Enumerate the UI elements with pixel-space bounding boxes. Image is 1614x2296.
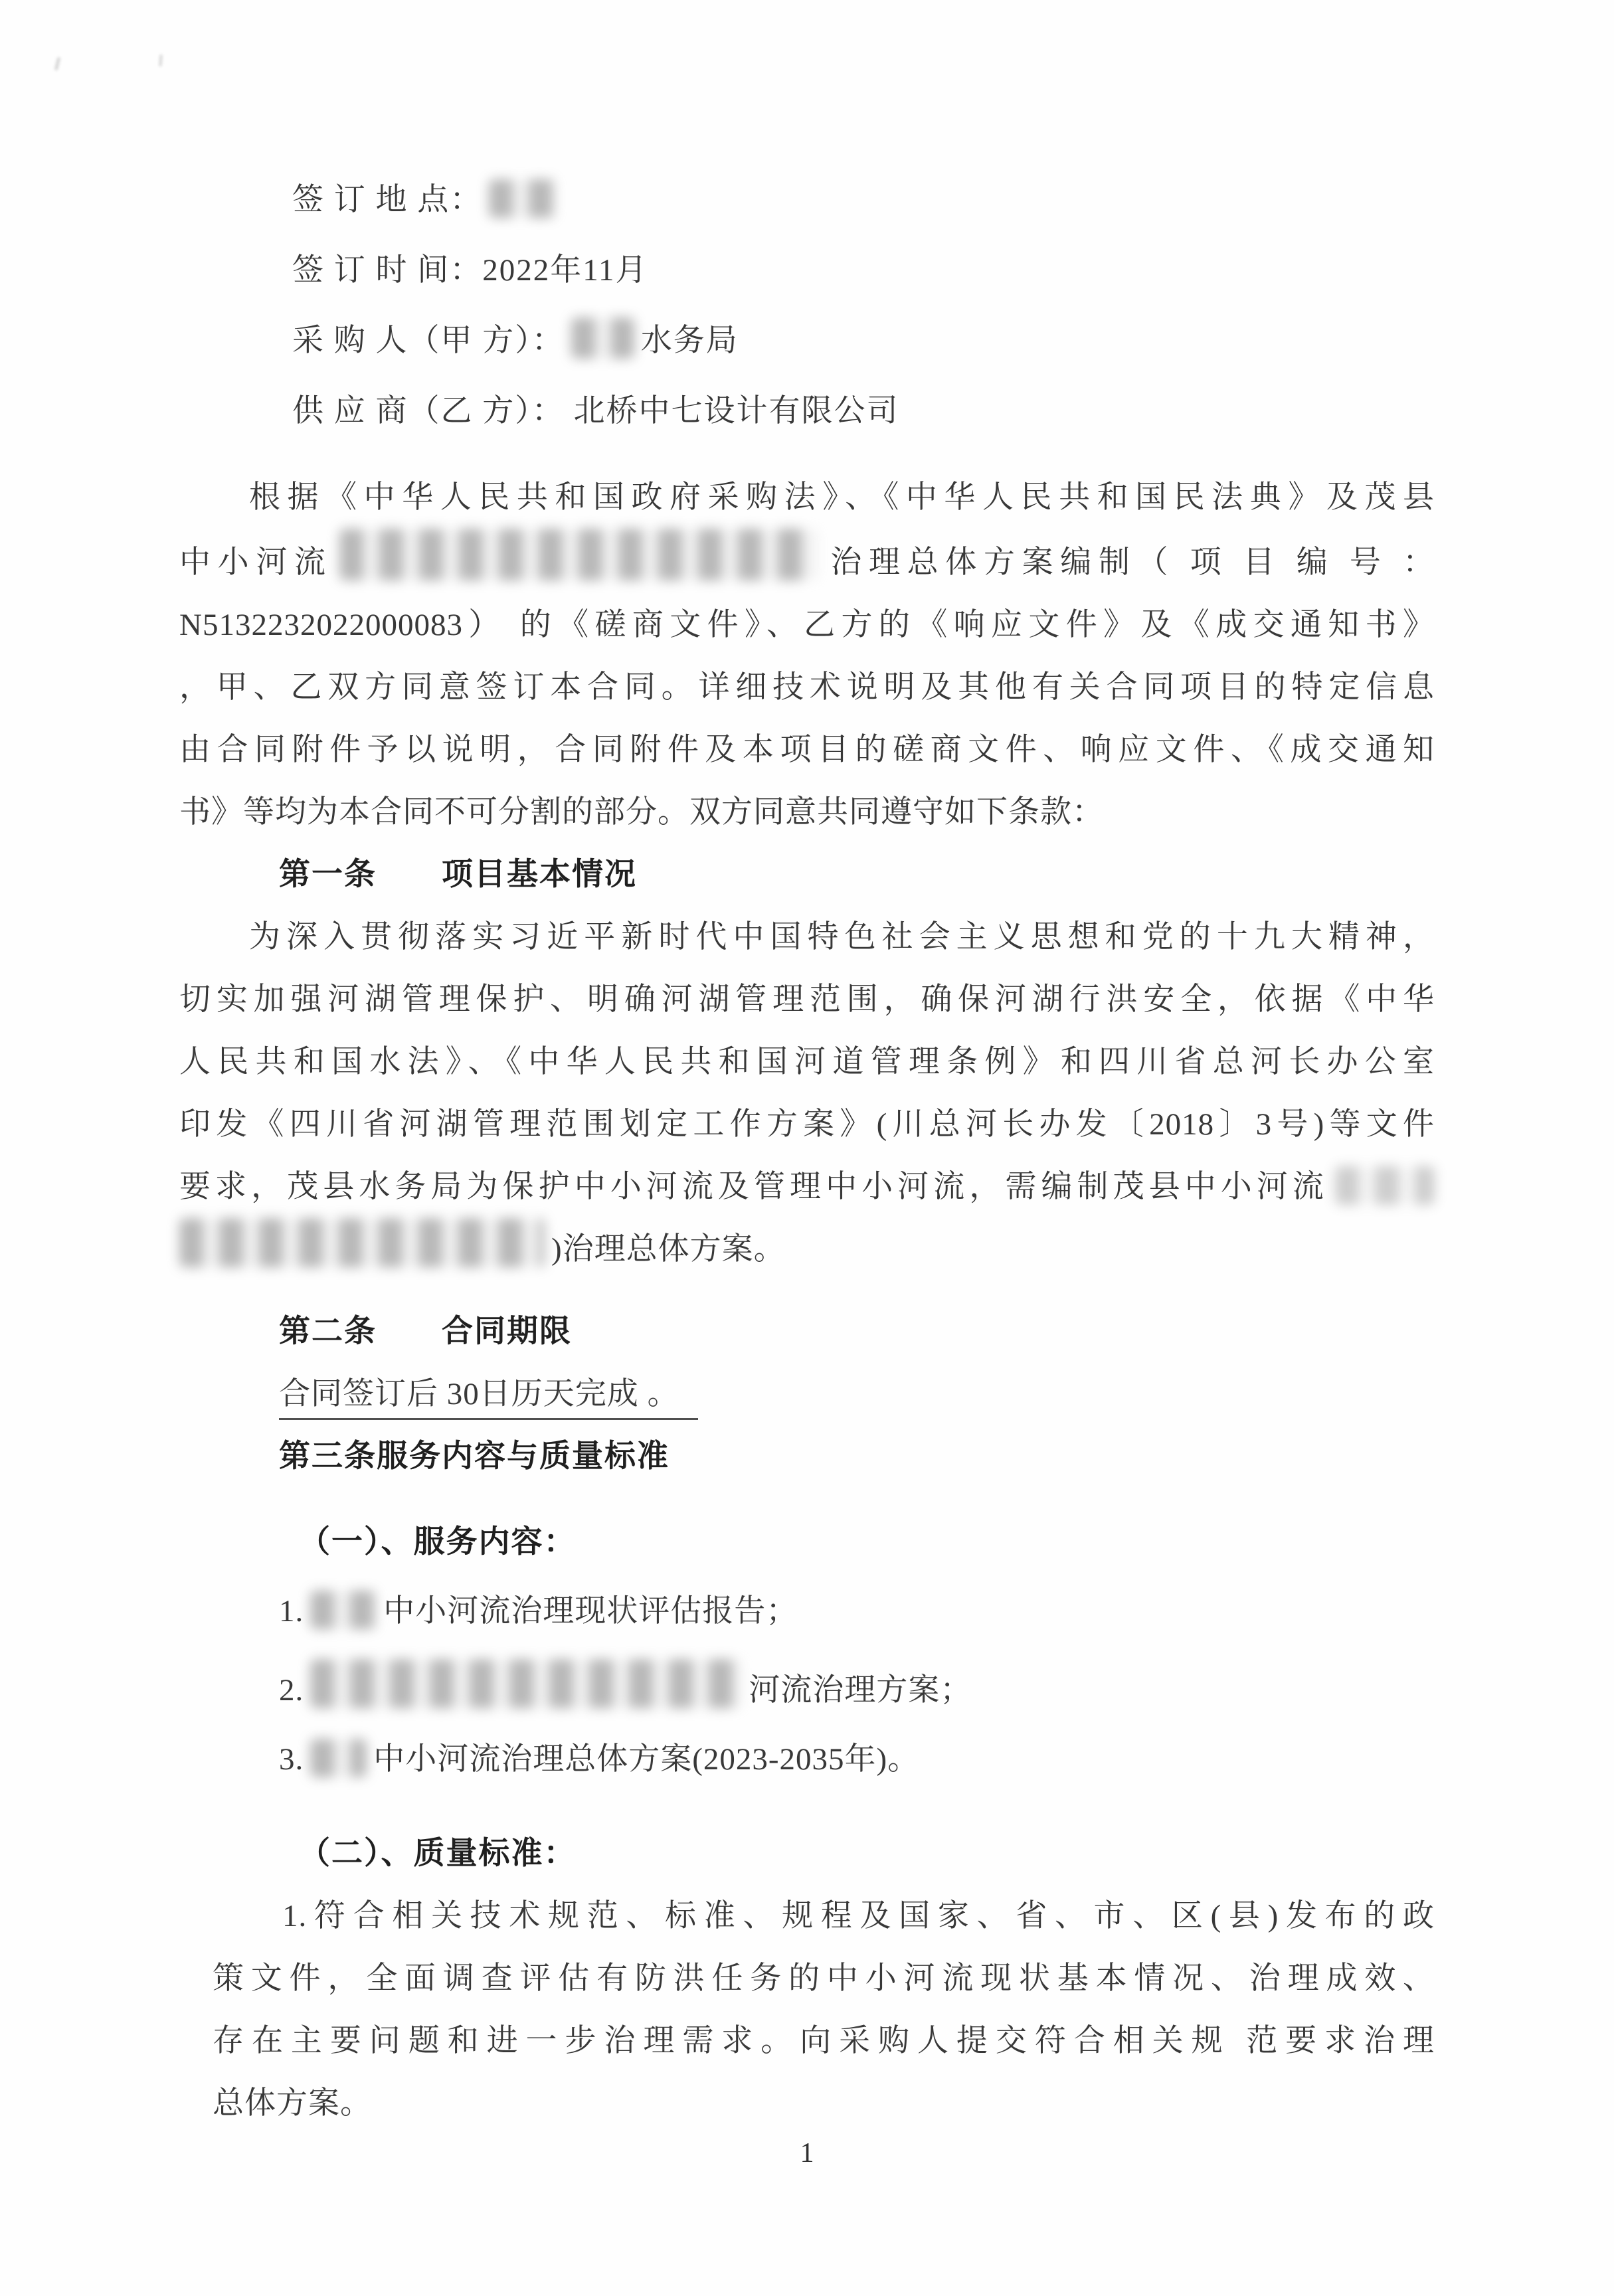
redacted-river-names [339,529,818,580]
service-item-2: 2.河流治理方案； [279,1659,1435,1722]
article-1-line-2: 切实加强河湖管理保护、明确河湖管理范围，确保河湖行洪安全，依据《中华 [179,968,1435,1031]
contract-duration-text: 合同签订后 30日历天完成 。 [279,1377,698,1420]
service-item-1-number: 1. [279,1594,304,1629]
quality-line-3: 存在主要问题和进一步治理需求。向采购人提交符合相关规 范要求治理 [213,2010,1435,2072]
service-item-1-text: 中小河流治理现状评估报告； [383,1594,798,1629]
signing-time-value: 2022年11月 [482,253,648,288]
supplier-value: 北桥中七设计有限公司 [574,394,899,428]
signing-place-label: 签 订 地 点： [292,183,482,217]
scan-artifact [54,57,61,71]
redacted-item-1-name [310,1591,377,1629]
preamble-line-5: 由合同附件予以说明，合同附件及本项目的磋商文件、响应文件、《成交通知 [179,719,1435,781]
buyer-line: 采 购 人（甲 方）：水务局 [292,306,1435,376]
article-1-line-3: 人民共和国水法》、《中华人民共和国河道管理条例》和四川省总河长办公室 [179,1031,1435,1093]
redacted-buyer-name [571,317,634,359]
preamble-line-6: 书》等均为本合同不可分割的部分。双方同意共同遵守如下条款： [179,781,1435,843]
quality-line-1: 1.符合相关技术规范、标准、规程及国家、省、市、区(县)发布的政 [213,1885,1435,1947]
service-item-3: 3.中小河流治理总体方案(2023-2035年)。 [279,1728,1435,1791]
preamble-line-2-pre: 中小河流 [179,545,333,580]
service-item-1: 1.中小河流治理现状评估报告； [279,1580,1435,1642]
supplier-label: 供 应 商（乙 方）： [292,394,565,428]
service-item-3-text: 中小河流治理总体方案(2023-2035年)。 [373,1742,919,1777]
signing-time-label: 签 订 时 间： [292,253,482,288]
service-content-heading: （一）、服务内容： [299,1511,1435,1573]
preamble-line-2-post: 治理总体方案编制（ 项 目 编 号 ： [824,545,1435,580]
supplier-line: 供 应 商（乙 方）： 北桥中七设计有限公司 [292,376,1435,446]
article-1-line-1: 为深入贯彻落实习近平新时代中国特色社会主义思想和党的十九大精神， [179,906,1435,968]
article-3-heading: 第三条服务内容与质量标准 [279,1425,1435,1488]
quality-line-4: 总体方案。 [213,2072,1435,2135]
preamble-line-1: 根据《中华人民共和国政府采购法》、《中华人民共和国民法典》及茂县 [179,466,1435,529]
service-item-2-text: 河流治理方案； [749,1673,972,1708]
service-item-2-number: 2. [279,1673,304,1708]
article-1-line-5: 要求，茂县水务局为保护中小河流及管理中小河流，需编制茂县中小河流 [179,1156,1435,1218]
quality-standard-paragraph: 1.符合相关技术规范、标准、规程及国家、省、市、区(县)发布的政 策文件，全面调… [213,1885,1435,2135]
scan-artifact [159,54,162,66]
article-1-line-4: 印发《四川省河湖管理范围划定工作方案》(川总河长办发〔2018〕3号)等文件 [179,1093,1435,1156]
service-item-3-number: 3. [279,1742,304,1777]
page-number: 1 [0,2137,1614,2169]
buyer-value: 水务局 [641,323,739,358]
signing-place-line: 签 订 地 点： [292,165,1435,235]
redacted-signing-place [489,179,555,218]
redacted-item-3-name [310,1739,367,1777]
article-1-line-5-text: 要求，茂县水务局为保护中小河流及管理中小河流，需编制茂县中小河流 [179,1170,1328,1204]
scanned-contract-page: 签 订 地 点： 签 订 时 间：2022年11月 采 购 人（甲 方）：水务局… [0,0,1614,2296]
article-1-line-6-text: )治理总体方案。 [551,1232,786,1267]
quality-line-2: 策文件，全面调查评估有防洪任务的中小河流现状基本情况、治理成效、 [213,1947,1435,2010]
contract-body: 签 订 地 点： 签 订 时 间：2022年11月 采 购 人（甲 方）：水务局… [179,0,1435,2135]
article-1-heading: 第一条 项目基本情况 [279,843,1435,906]
quality-standard-heading: （二）、质量标准： [299,1822,1435,1885]
article-2-heading: 第二条 合同期限 [279,1300,1435,1363]
redacted-river-names-2 [179,1218,545,1267]
signing-time-line: 签 订 时 间：2022年11月 [292,235,1435,306]
contract-duration-line: 合同签订后 30日历天完成 。 [279,1363,1435,1425]
redacted-item-2-names [310,1659,742,1708]
buyer-label: 采 购 人（甲 方）： [292,323,565,358]
preamble-line-3: N5132232022000083） 的《磋商文件》、乙方的《响应文件》及《成交… [179,594,1435,656]
redacted-river-names-tail [1335,1166,1435,1205]
preamble-line-2: 中小河流治理总体方案编制（ 项 目 编 号 ： [179,529,1435,594]
article-1-line-6: )治理总体方案。 [179,1218,1435,1280]
preamble-line-4: ，甲、乙双方同意签订本合同。详细技术说明及其他有关合同项目的特定信息 [179,656,1435,719]
